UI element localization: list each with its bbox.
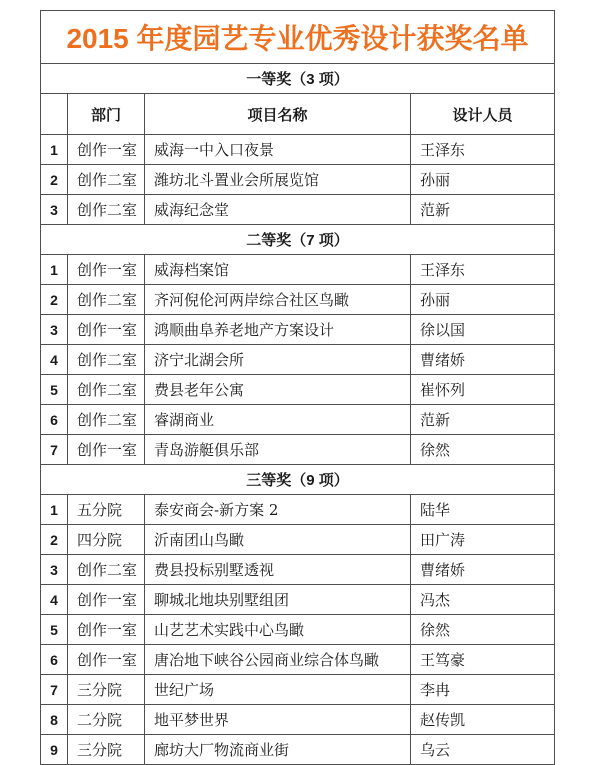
- table-row: 1创作一室威海一中入口夜景王泽东: [41, 135, 555, 165]
- department-cell: 创作一室: [68, 585, 145, 615]
- table-row: 2创作二室齐河倪伦河两岸综合社区鸟瞰孙丽: [41, 285, 555, 315]
- table-row: 5创作二室费县老年公寓崔怀列: [41, 375, 555, 405]
- project-cell: 唐冶地下峡谷公园商业综合体鸟瞰: [145, 645, 411, 675]
- project-cell: 潍坊北斗置业会所展览馆: [145, 165, 411, 195]
- section-header-label: 三等奖（9 项）: [41, 465, 555, 495]
- row-index-cell: 6: [41, 405, 68, 435]
- department-cell: 创作二室: [68, 375, 145, 405]
- row-index-cell: 8: [41, 705, 68, 735]
- col-header-designer: 设计人员: [411, 94, 555, 135]
- section-header-row: 三等奖（9 项）: [41, 465, 555, 495]
- row-index-cell: 4: [41, 585, 68, 615]
- project-cell: 廊坊大厂物流商业街: [145, 735, 411, 759]
- project-cell: 费县投标别墅透视: [145, 555, 411, 585]
- project-cell: 威海档案馆: [145, 255, 411, 285]
- department-cell: 创作二室: [68, 345, 145, 375]
- row-index-cell: 6: [41, 645, 68, 675]
- department-cell: 创作二室: [68, 555, 145, 585]
- project-cell: 青岛游艇俱乐部: [145, 435, 411, 465]
- designer-cell: 孙丽: [411, 285, 555, 315]
- document-sheet: 2015 年度园艺专业优秀设计获奖名单 一等奖（3 项） 部门 项目名称 设计人…: [40, 10, 555, 758]
- department-cell: 创作二室: [68, 165, 145, 195]
- department-cell: 二分院: [68, 705, 145, 735]
- department-cell: 创作一室: [68, 435, 145, 465]
- designer-cell: 王泽东: [411, 135, 555, 165]
- table-row: 5创作一室山艺艺术实践中心鸟瞰徐然: [41, 615, 555, 645]
- table-row: 3创作二室威海纪念堂范新: [41, 195, 555, 225]
- row-index-cell: 5: [41, 615, 68, 645]
- row-index-cell: 1: [41, 135, 68, 165]
- row-index-cell: 1: [41, 255, 68, 285]
- department-cell: 三分院: [68, 735, 145, 759]
- row-index-cell: 4: [41, 345, 68, 375]
- row-index-cell: 2: [41, 525, 68, 555]
- table-row: 7三分院世纪广场李冉: [41, 675, 555, 705]
- table-row: 4创作二室济宁北湖会所曹绪娇: [41, 345, 555, 375]
- row-index-cell: 3: [41, 195, 68, 225]
- page-title: 2015 年度园艺专业优秀设计获奖名单: [41, 11, 555, 64]
- designer-cell: 王笃豪: [411, 645, 555, 675]
- title-row: 2015 年度园艺专业优秀设计获奖名单: [41, 11, 555, 64]
- section-header-row: 一等奖（3 项）: [41, 64, 555, 94]
- table-row: 6创作二室睿湖商业范新: [41, 405, 555, 435]
- department-cell: 创作一室: [68, 255, 145, 285]
- designer-cell: 曹绪娇: [411, 555, 555, 585]
- department-cell: 创作一室: [68, 135, 145, 165]
- row-index-cell: 9: [41, 735, 68, 759]
- department-cell: 三分院: [68, 675, 145, 705]
- table-row: 8二分院地平梦世界赵传凯: [41, 705, 555, 735]
- project-cell: 威海一中入口夜景: [145, 135, 411, 165]
- col-header-project: 项目名称: [145, 94, 411, 135]
- row-index-cell: 2: [41, 285, 68, 315]
- department-cell: 创作一室: [68, 645, 145, 675]
- table-row: 7创作一室青岛游艇俱乐部徐然: [41, 435, 555, 465]
- project-cell: 威海纪念堂: [145, 195, 411, 225]
- project-cell: 齐河倪伦河两岸综合社区鸟瞰: [145, 285, 411, 315]
- designer-cell: 冯杰: [411, 585, 555, 615]
- designer-cell: 范新: [411, 195, 555, 225]
- project-cell: 鸿顺曲阜养老地产方案设计: [145, 315, 411, 345]
- table-row: 4创作一室聊城北地块别墅组团冯杰: [41, 585, 555, 615]
- project-cell: 泰安商会-新方案 2: [145, 495, 411, 525]
- department-cell: 创作一室: [68, 315, 145, 345]
- row-index-cell: 7: [41, 435, 68, 465]
- project-cell: 济宁北湖会所: [145, 345, 411, 375]
- designer-cell: 徐以国: [411, 315, 555, 345]
- section-header-label: 一等奖（3 项）: [41, 64, 555, 94]
- table-row: 2创作二室潍坊北斗置业会所展览馆孙丽: [41, 165, 555, 195]
- project-cell: 聊城北地块别墅组团: [145, 585, 411, 615]
- project-cell: 世纪广场: [145, 675, 411, 705]
- row-index-cell: 3: [41, 315, 68, 345]
- table-row: 3创作二室费县投标别墅透视曹绪娇: [41, 555, 555, 585]
- col-header-department: 部门: [68, 94, 145, 135]
- department-cell: 五分院: [68, 495, 145, 525]
- project-cell: 睿湖商业: [145, 405, 411, 435]
- project-cell: 沂南团山鸟瞰: [145, 525, 411, 555]
- designer-cell: 赵传凯: [411, 705, 555, 735]
- project-cell: 费县老年公寓: [145, 375, 411, 405]
- project-cell: 山艺艺术实践中心鸟瞰: [145, 615, 411, 645]
- department-cell: 创作二室: [68, 285, 145, 315]
- row-index-cell: 5: [41, 375, 68, 405]
- row-index-cell: 3: [41, 555, 68, 585]
- col-header-index: [41, 94, 68, 135]
- designer-cell: 陆华: [411, 495, 555, 525]
- designer-cell: 徐然: [411, 615, 555, 645]
- row-index-cell: 2: [41, 165, 68, 195]
- table-row: 2四分院沂南团山鸟瞰田广涛: [41, 525, 555, 555]
- designer-cell: 李冉: [411, 675, 555, 705]
- department-cell: 四分院: [68, 525, 145, 555]
- designer-cell: 乌云: [411, 735, 555, 759]
- column-header-row: 部门 项目名称 设计人员: [41, 94, 555, 135]
- designer-cell: 曹绪娇: [411, 345, 555, 375]
- section-header-label: 二等奖（7 项）: [41, 225, 555, 255]
- designer-cell: 范新: [411, 405, 555, 435]
- department-cell: 创作二室: [68, 195, 145, 225]
- department-cell: 创作二室: [68, 405, 145, 435]
- table-row: 1创作一室威海档案馆王泽东: [41, 255, 555, 285]
- table-row: 9三分院廊坊大厂物流商业街乌云: [41, 735, 555, 759]
- table-row: 3创作一室鸿顺曲阜养老地产方案设计徐以国: [41, 315, 555, 345]
- designer-cell: 崔怀列: [411, 375, 555, 405]
- row-index-cell: 1: [41, 495, 68, 525]
- section-header-row: 二等奖（7 项）: [41, 225, 555, 255]
- table-row: 6创作一室唐冶地下峡谷公园商业综合体鸟瞰王笃豪: [41, 645, 555, 675]
- project-cell: 地平梦世界: [145, 705, 411, 735]
- table-row: 1五分院泰安商会-新方案 2陆华: [41, 495, 555, 525]
- designer-cell: 孙丽: [411, 165, 555, 195]
- designer-cell: 田广涛: [411, 525, 555, 555]
- designer-cell: 徐然: [411, 435, 555, 465]
- department-cell: 创作一室: [68, 615, 145, 645]
- award-table: 2015 年度园艺专业优秀设计获奖名单 一等奖（3 项） 部门 项目名称 设计人…: [40, 10, 555, 758]
- designer-cell: 王泽东: [411, 255, 555, 285]
- row-index-cell: 7: [41, 675, 68, 705]
